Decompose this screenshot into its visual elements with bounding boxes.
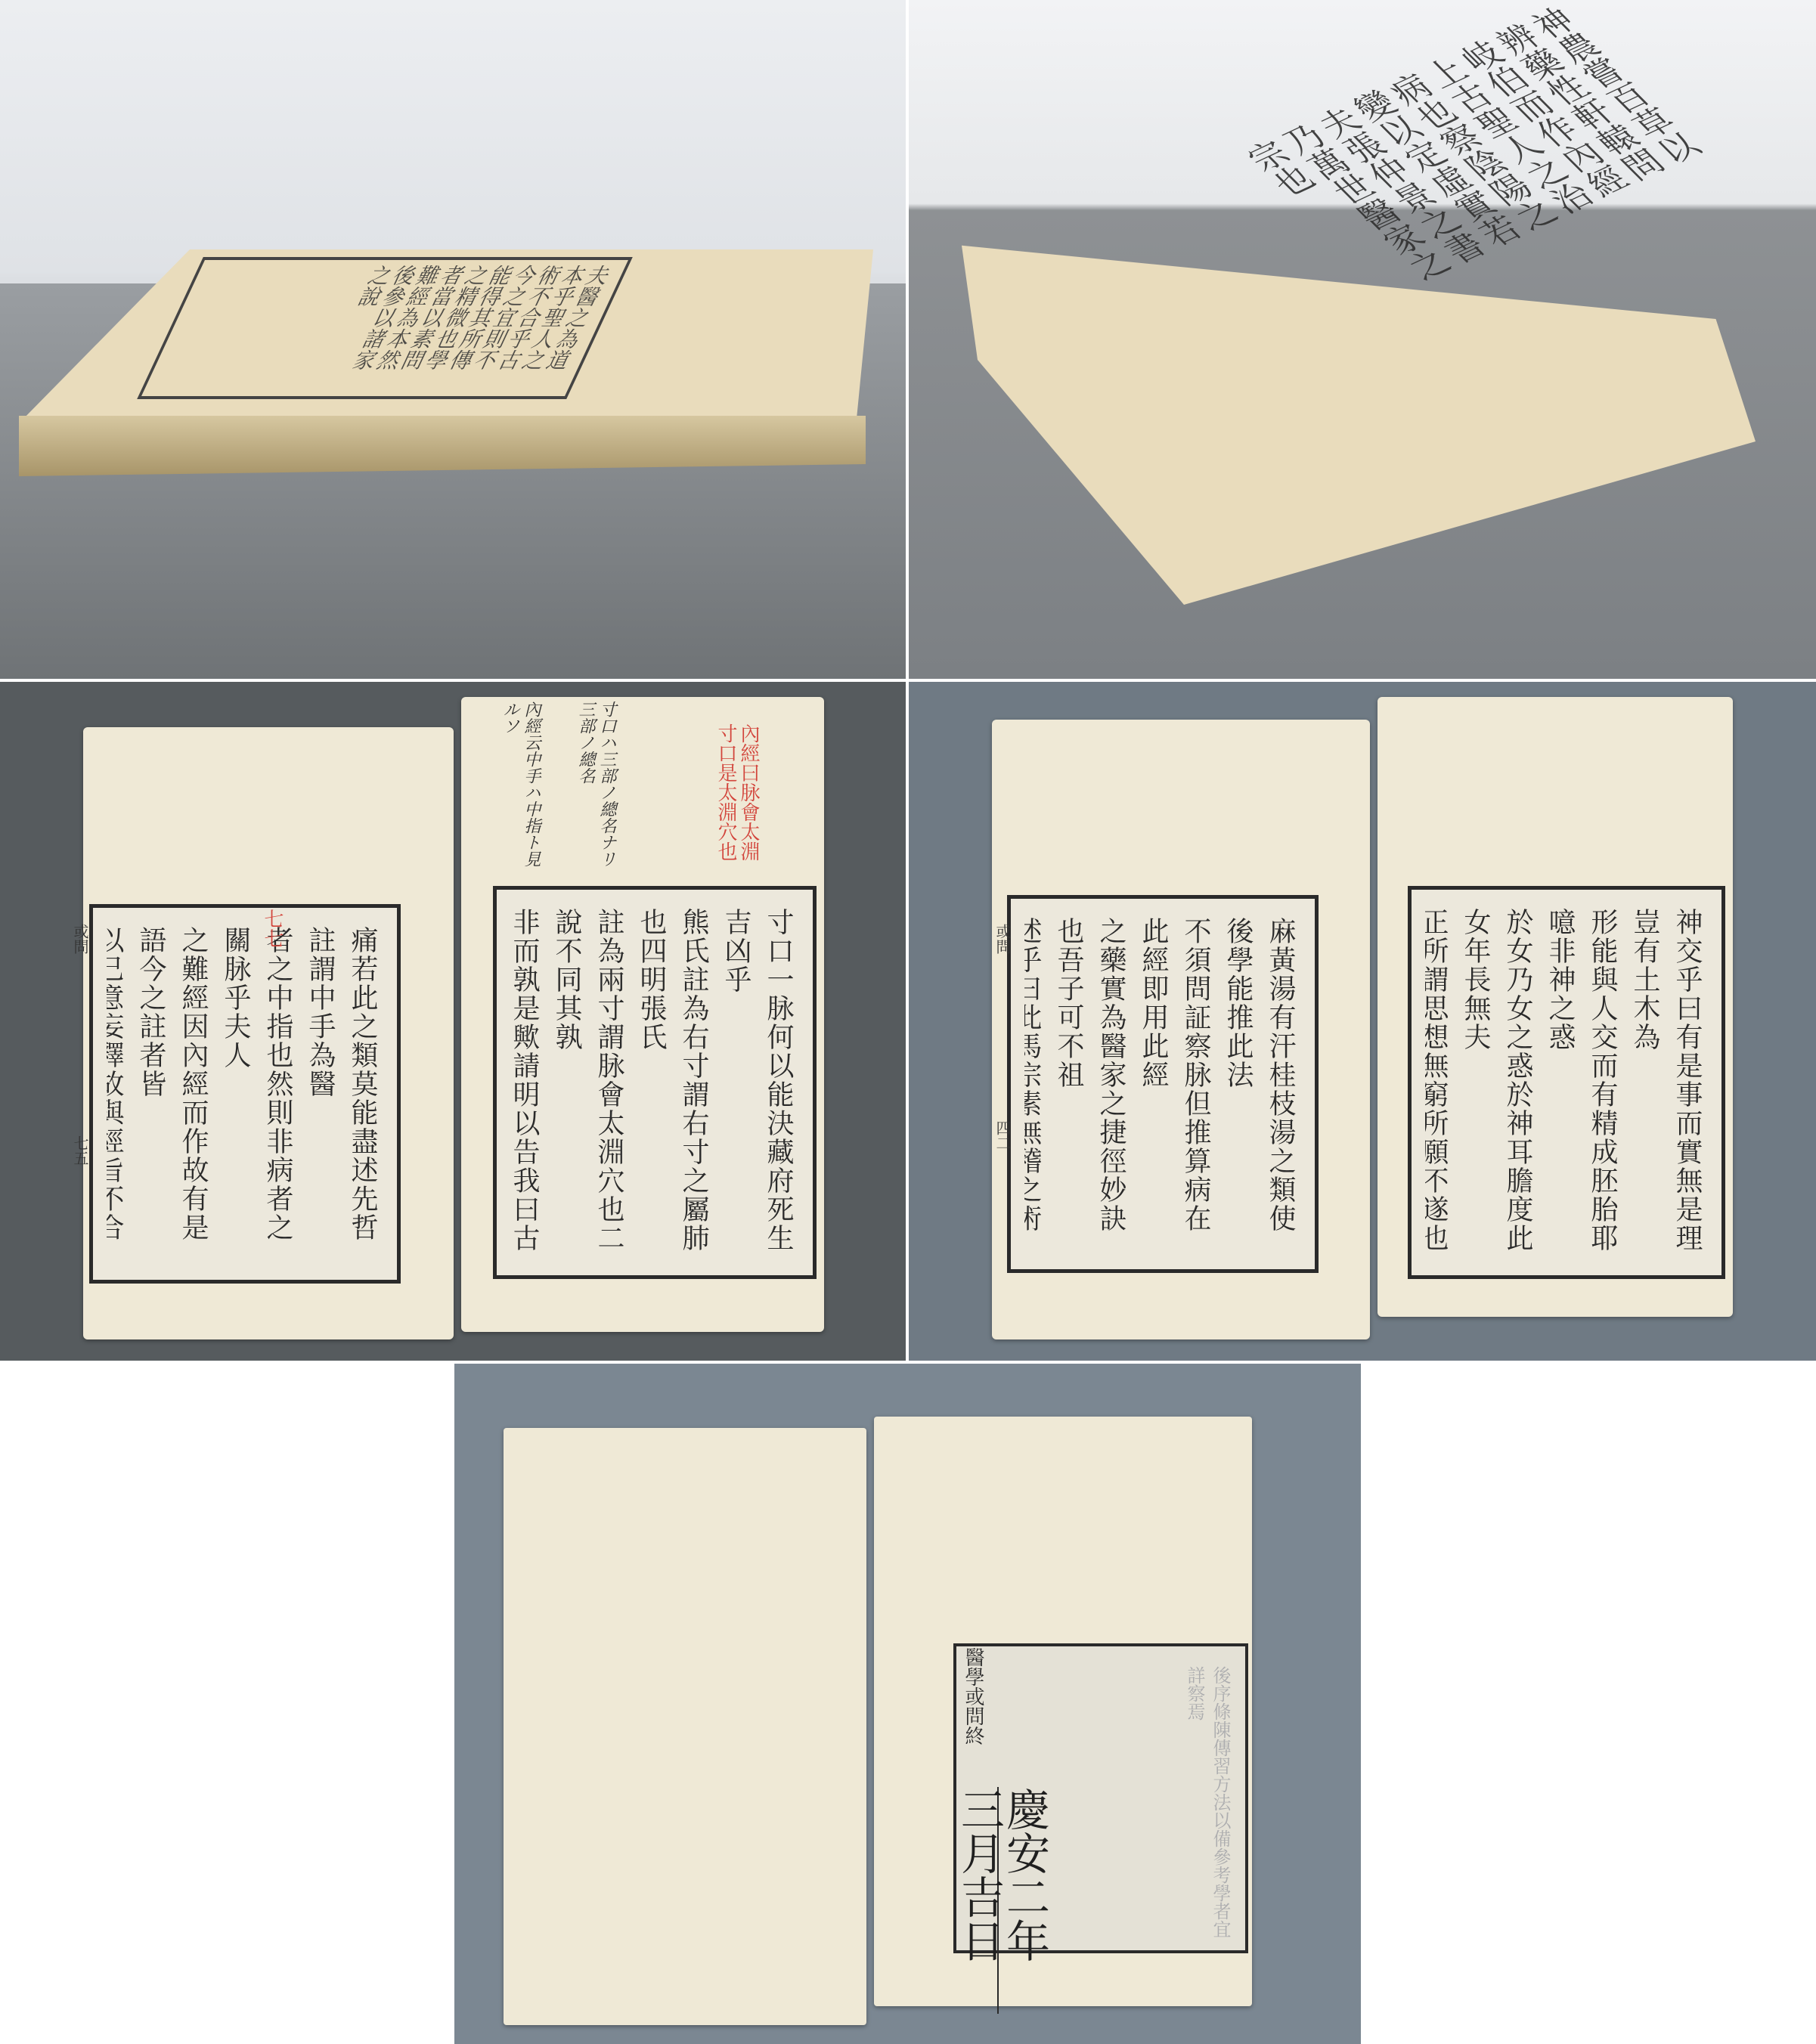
- left-page-text: 麻黃湯有汗桂枝湯之類使後學能推此法 不須問証察脉但推算病在此經即用此經 之藥實為…: [1024, 917, 1301, 1256]
- colophon-title: 醫學或問終: [959, 1647, 987, 1745]
- book-closed-flat: 夫醫之為道本乎聖人之術不合乎古今之宜則不能得其所傳之精微也學者當以素問難經為本然…: [19, 249, 873, 476]
- text-column: 述乎曰此馬宗素無稽之術而以世之生靈: [1024, 917, 1047, 1256]
- margin-title: 或問: [70, 924, 91, 954]
- left-text-frame: 麻黃湯有汗桂枝湯之類使後學能推此法 不須問証察脉但推算病在此經即用此經 之藥實為…: [1007, 895, 1319, 1273]
- text-column: 於女乃女之惑於神耳膽度此女年長無夫: [1454, 908, 1539, 1262]
- text-column: 非而孰是歟請明以告我曰古聖立法以三: [510, 908, 545, 1262]
- text-column: 正所謂思想無窮所願不遂也有道之士勿: [1425, 908, 1454, 1262]
- blank-left-page: [504, 1428, 866, 2025]
- right-text-frame: 神交乎曰有是事而實無是理豈有土木為 形能與人交而有精成胚胎耶噫非神之惑 於女乃女…: [1408, 886, 1725, 1279]
- photo-spread-page-42: 麻黃湯有汗桂枝湯之類使後學能推此法 不須問証察脉但推算病在此經即用此經 之藥實為…: [909, 682, 1816, 1361]
- text-column: 不須問証察脉但推算病在此經即用此經: [1132, 917, 1216, 1256]
- text-column: 神交乎曰有是事而實無是理豈有土木為: [1623, 908, 1708, 1262]
- page-number: 四二: [992, 1120, 1014, 1151]
- text-column: 形能與人交而有精成胚胎耶噫非神之惑: [1539, 908, 1623, 1262]
- show-through-text: 後序條陳傳習方法以備參考學者宜詳察焉: [1052, 1666, 1233, 1938]
- text-column: 者之中指也然則非病者之關脉乎夫人: [214, 926, 299, 1266]
- left-text-frame: 痛若此之類莫能盡述先哲註謂中手為醫 者之中指也然則非病者之關脉乎夫人 之難經因內…: [89, 904, 401, 1284]
- right-page-text: 神交乎曰有是事而實無是理豈有土木為 形能與人交而有精成胚胎耶噫非神之惑 於女乃女…: [1425, 908, 1708, 1262]
- ink-marginal-note: 寸口ハ三部ノ總名ナリ三部ノ總名: [575, 701, 617, 875]
- photo-spread-page-75: 痛若此之類莫能盡述先哲註謂中手為醫 者之中指也然則非病者之關脉乎夫人 之難經因內…: [0, 682, 906, 1361]
- ink-marginal-note: 內經云中手ハ中指ト見ルソ: [499, 701, 541, 875]
- left-page-text: 痛若此之類莫能盡述先哲註謂中手為醫 者之中指也然則非病者之關脉乎夫人 之難經因內…: [107, 926, 383, 1266]
- colophon-month-day: 三月吉日: [956, 1787, 1002, 2014]
- photo-oblique-view: 神農嘗百草以辨藥性軒轅問岐伯而作內經上古聖人之治病也察陰陽之變以定虛實若夫張仲景…: [909, 0, 1816, 679]
- photo-cover-side-view: 夫醫之為道本乎聖人之術不合乎古今之宜則不能得其所傳之精微也學者當以素問難經為本然…: [0, 0, 906, 679]
- right-text-frame: 寸口一脉何以能決藏府死生吉凶乎 熊氏註為右寸謂右寸之屬肺也四明張氏 註為兩寸謂脉…: [493, 886, 817, 1279]
- red-annotation-mark: 七七: [261, 909, 284, 948]
- photo-colophon-spread: 後序條陳傳習方法以備參考學者宜詳察焉 醫學或問終 慶安二年 三月吉日: [454, 1364, 1361, 2044]
- text-column: 以己意妄釋故與經旨不合學者其再思之: [107, 926, 129, 1266]
- text-column: 之難經因內經而作故有是語今之註者皆: [129, 926, 214, 1266]
- text-column: 麻黃湯有汗桂枝湯之類使後學能推此法: [1216, 917, 1301, 1256]
- right-page-text: 寸口一脉何以能決藏府死生吉凶乎 熊氏註為右寸謂右寸之屬肺也四明張氏 註為兩寸謂脉…: [510, 908, 799, 1262]
- margin-title: 或問: [992, 924, 1014, 954]
- text-column: 痛若此之類莫能盡述先哲註謂中手為醫: [299, 926, 383, 1266]
- text-column: 熊氏註為右寸謂右寸之屬肺也四明張氏: [630, 908, 714, 1262]
- text-column: 之藥實為醫家之捷徑妙訣也吾子可不祖: [1047, 917, 1132, 1256]
- preface-text: 夫醫之為道本乎聖人之術不合乎古今之宜則不能得其所傳之精微也學者當以素問難經為本然…: [165, 265, 615, 386]
- red-marginal-note: 內經曰脉會太淵寸口是太淵穴也: [714, 723, 760, 875]
- page-number: 七五: [70, 1135, 91, 1166]
- text-column: 註為兩寸謂脉會太淵穴也二說不同其孰: [545, 908, 630, 1262]
- text-column: 寸口一脉何以能決藏府死生吉凶乎: [714, 908, 799, 1262]
- book-page-edges: [19, 416, 866, 476]
